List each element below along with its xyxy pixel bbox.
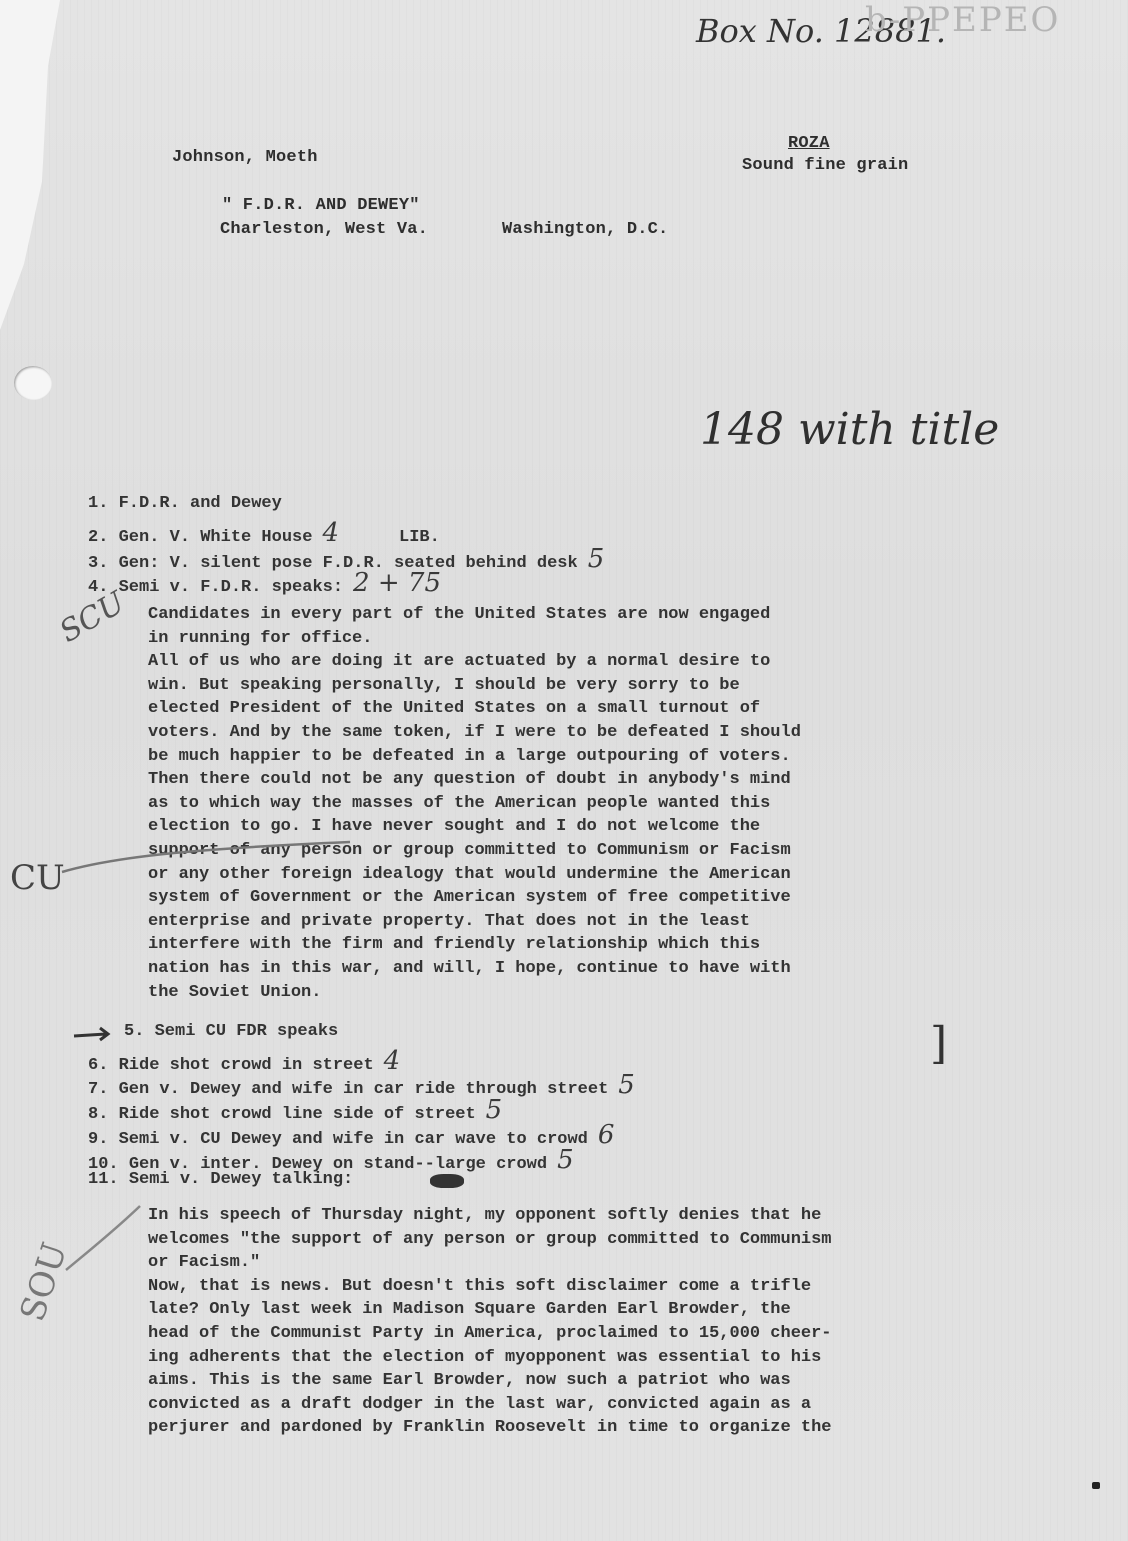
handwritten-footage: 6	[598, 1120, 615, 1150]
speech-line: win. But speaking personally, I should b…	[148, 674, 801, 698]
shot-item: 11. Semi v. Dewey talking:	[88, 1170, 353, 1189]
cu-margin-note: CU	[10, 858, 65, 898]
stamp-id: b-PPEPEO	[865, 0, 1060, 40]
speech-line: voters. And by the same token, if I were…	[148, 721, 801, 745]
speech-line: ing adherents that the election of myopp…	[148, 1346, 832, 1370]
shot-description: Semi CU FDR speaks	[155, 1022, 339, 1041]
film-title: " F.D.R. AND DEWEY"	[222, 196, 420, 215]
location-2: Washington, D.C.	[502, 220, 668, 239]
speech-line: or Facism."	[148, 1251, 832, 1275]
speck	[1092, 1482, 1100, 1489]
ink-blot	[430, 1174, 464, 1188]
torn-corner	[0, 0, 60, 330]
speech-line: Candidates in every part of the United S…	[148, 603, 801, 627]
speech-line: aims. This is the same Earl Browder, now…	[148, 1369, 832, 1393]
bracket-mark: ]	[930, 1018, 947, 1069]
handwritten-footage: 2 + 75	[353, 568, 441, 598]
speech-line: All of us who are doing it are actuated …	[148, 650, 801, 674]
shot-item: 4. Semi v. F.D.R. speaks:2 + 75	[88, 568, 441, 598]
speech-line: interfere with the firm and friendly rel…	[148, 933, 801, 957]
speech-line: nation has in this war, and will, I hope…	[148, 957, 801, 981]
speech-line: elected President of the United States o…	[148, 697, 801, 721]
shot-number: 5.	[124, 1022, 155, 1041]
speech-line: as to which way the masses of the Americ…	[148, 792, 801, 816]
dewey-speech: In his speech of Thursday night, my oppo…	[148, 1204, 832, 1440]
speech-line: late? Only last week in Madison Square G…	[148, 1298, 832, 1322]
sound-type: Sound fine grain	[742, 156, 908, 175]
speech-line: in running for office.	[148, 627, 801, 651]
location-1: Charleston, West Va.	[220, 220, 428, 239]
handwritten-footage: 5	[557, 1145, 574, 1175]
sou-pointer-line	[60, 1200, 160, 1280]
shot-description: Semi v. Dewey talking:	[129, 1170, 353, 1189]
shot-description: Semi v. F.D.R. speaks:	[119, 578, 343, 597]
speech-line: convicted as a draft dodger in the last …	[148, 1393, 832, 1417]
cu-pointer-line	[60, 830, 360, 890]
speech-line: be much happier to be defeated in a larg…	[148, 745, 801, 769]
company-name: ROZA	[788, 134, 830, 153]
speech-line: head of the Communist Party in America, …	[148, 1322, 832, 1346]
speech-line: Now, that is news. But doesn't this soft…	[148, 1275, 832, 1299]
shot-item: 5. Semi CU FDR speaks	[124, 1022, 338, 1041]
speech-line: In his speech of Thursday night, my oppo…	[148, 1204, 832, 1228]
fdr-speech: Candidates in every part of the United S…	[148, 603, 801, 1004]
punch-hole	[14, 366, 52, 400]
footage-count: 148 with title	[700, 404, 999, 455]
shot-description: F.D.R. and Dewey	[119, 494, 282, 513]
handwritten-footage: 5	[618, 1070, 635, 1100]
author-name: Johnson, Moeth	[172, 148, 318, 167]
speech-line: the Soviet Union.	[148, 981, 801, 1005]
shot-number: 11.	[88, 1170, 129, 1189]
shot-number: 1.	[88, 494, 119, 513]
speech-line: enterprise and private property. That do…	[148, 910, 801, 934]
speech-line: welcomes "the support of any person or g…	[148, 1228, 832, 1252]
speech-line: Then there could not be any question of …	[148, 768, 801, 792]
shot-item: 1. F.D.R. and Dewey	[88, 494, 282, 513]
handwritten-footage: 5	[588, 544, 605, 574]
speech-line: perjurer and pardoned by Franklin Roosev…	[148, 1416, 832, 1440]
document-page: Box No. 12881. b-PPEPEO Johnson, Moeth R…	[0, 0, 1128, 1541]
arrow-icon	[72, 1024, 112, 1044]
